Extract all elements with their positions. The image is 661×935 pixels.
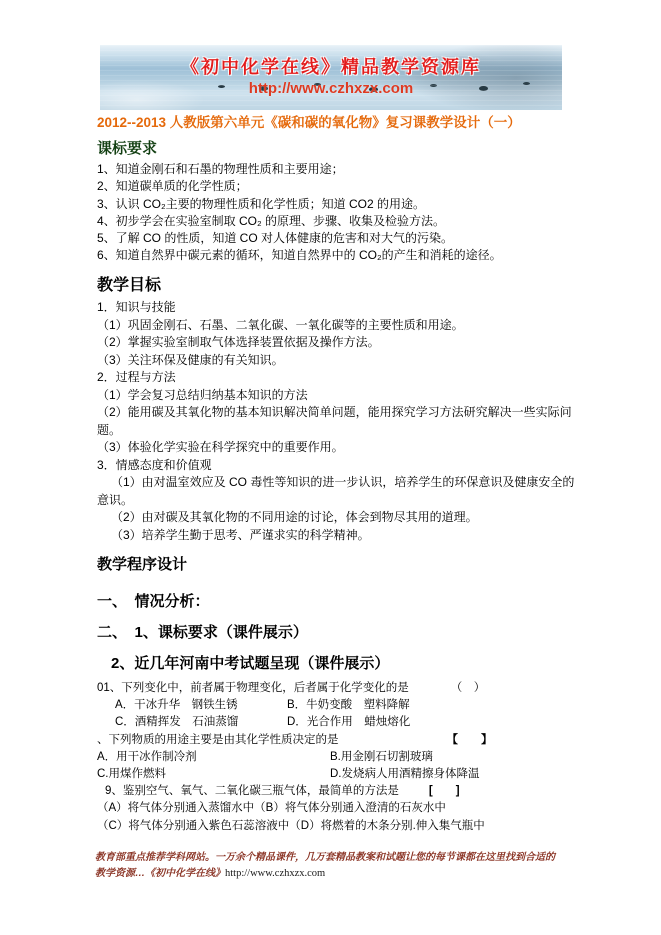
footer-site-url: http://www.czhxzx.com bbox=[225, 868, 325, 879]
question-1-text: 01、下列变化中，前者属于物理变化，后者属于化学变化的是 bbox=[97, 682, 409, 694]
objective-line: 3．情感态度和价值观 bbox=[97, 457, 575, 475]
objective-line: （1）巩固金刚石、石墨、二氧化碳、一氧化碳等的主要性质和用途。 bbox=[97, 317, 575, 335]
question-2-stem: 、下列物质的用途主要是由其化学性质决定的是【 】 bbox=[97, 732, 575, 749]
objective-line: （1）由对温室效应及 CO 毒性等知识的进一步认识，培养学生的环保意识及健康安全… bbox=[97, 474, 575, 492]
objective-line: （3）关注环保及健康的有关知识。 bbox=[97, 352, 575, 370]
question-1-option-a: A．干冰升华 钢铁生锈 bbox=[115, 697, 287, 714]
curriculum-item-2: 2、知道碳单质的化学性质； bbox=[97, 178, 571, 195]
objective-line: 意识。 bbox=[97, 492, 575, 510]
objective-line: （1）学会复习总结归纳基本知识的方法 bbox=[97, 387, 575, 405]
question-2-option-a: A．用干冰作制冷剂 bbox=[97, 749, 330, 766]
objective-line: （2）能用碳及其氧化物的基本知识解决简单问题，能用探究学习方法研究解决一些实际问 bbox=[97, 404, 575, 422]
objective-line: 2．过程与方法 bbox=[97, 369, 575, 387]
question-2-option-c: C.用煤作燃料 bbox=[97, 766, 330, 783]
question-1-stem: 01、下列变化中，前者属于物理变化，后者属于化学变化的是（ ） bbox=[97, 680, 575, 697]
banner-site-name: 《初中化学在线》精品教学资源库 bbox=[100, 53, 562, 79]
question-9-text: 9、鉴别空气、氧气、二氧化碳三瓶气体，最简单的方法是 bbox=[105, 785, 399, 797]
curriculum-item-1: 1、知道金刚石和石墨的物理性质和主要用途； bbox=[97, 161, 571, 178]
curriculum-item-5: 5、了解 CO 的性质，知道 CO 对人体健康的危害和对大气的污染。 bbox=[97, 230, 571, 247]
footer-line-1: 教育部重点推荐学科网站。一万余个精品课件，几万套精品教案和试题让您的每节课都在这… bbox=[95, 850, 575, 866]
footer-line-2: 教学资源…《初中化学在线》http://www.czhxzx.com bbox=[95, 866, 575, 882]
question-9-options-cd: （C）将气体分别通入紫色石蕊溶液中（D）将燃着的木条分别.伸入集气瓶中 bbox=[97, 818, 575, 835]
procedure-item-exam-questions-slide: 2、近几年河南中考试题呈现（课件展示） bbox=[111, 652, 389, 673]
question-2-option-d: D.发烧病人用酒精擦身体降温 bbox=[330, 768, 480, 780]
question-1-option-b: B．牛奶变酸 塑料降解 bbox=[287, 699, 410, 711]
question-1-option-d: D．光合作用 蜡烛熔化 bbox=[287, 716, 410, 728]
curriculum-item-6: 6、知道自然界中碳元素的循环，知道自然界中的 CO₂的产生和消耗的途径。 bbox=[97, 247, 571, 264]
objective-line: （3）培养学生勤于思考、严谨求实的科学精神。 bbox=[97, 527, 575, 545]
objective-line: （2）掌握实验室制取气体选择装置依据及操作方法。 bbox=[97, 334, 575, 352]
question-1-option-c: C．酒精挥发 石油蒸馏 bbox=[115, 714, 287, 731]
banner-site-url: http://www.czhxzx.com bbox=[100, 80, 562, 97]
question-9-options-ab: （A）将气体分别通入蒸馏水中（B）将气体分别通入澄清的石灰水中 bbox=[97, 800, 575, 817]
question-2-options-cd: C.用煤作燃料D.发烧病人用酒精擦身体降温 bbox=[97, 766, 575, 783]
section-heading-teaching-objectives: 教学目标 bbox=[97, 272, 161, 295]
section-heading-teaching-procedure: 教学程序设计 bbox=[97, 553, 187, 574]
document-title: 2012--2013 人教版第六单元《碳和碳的氧化物》复习课教学设计（一） bbox=[97, 111, 569, 131]
question-9-answer-bracket: [ ] bbox=[429, 785, 460, 797]
procedure-item-situation-analysis: 一、 情况分析： bbox=[97, 590, 210, 611]
footer-note: 教育部重点推荐学科网站。一万余个精品课件，几万套精品教案和试题让您的每节课都在这… bbox=[95, 850, 575, 881]
footer-site-name: 教学资源…《初中化学在线》 bbox=[95, 868, 225, 879]
objective-line: 题。 bbox=[97, 422, 575, 440]
curriculum-standards-list: 1、知道金刚石和石墨的物理性质和主要用途； 2、知道碳单质的化学性质； 3、认识… bbox=[97, 161, 571, 265]
objective-line: 1．知识与技能 bbox=[97, 299, 575, 317]
procedure-item-standards-slide: 二、 1、课标要求（课件展示） bbox=[97, 621, 308, 642]
question-2-answer-bracket: 【 】 bbox=[447, 734, 493, 746]
question-1-options-cd: C．酒精挥发 石油蒸馏D．光合作用 蜡烛熔化 bbox=[97, 714, 575, 731]
section-heading-curriculum-standards: 课标要求 bbox=[97, 137, 157, 158]
document-page: 《初中化学在线》精品教学资源库 http://www.czhxzx.com 20… bbox=[0, 0, 661, 935]
question-1-options-ab: A．干冰升华 钢铁生锈B．牛奶变酸 塑料降解 bbox=[97, 697, 575, 714]
curriculum-item-4: 4、初步学会在实验室制取 CO₂ 的原理、步骤、收集及检验方法。 bbox=[97, 213, 571, 230]
question-1-answer-bracket: （ ） bbox=[451, 682, 486, 694]
question-2-option-b: B.用金刚石切割玻璃 bbox=[330, 751, 433, 763]
objective-line: （2）由对碳及其氧化物的不同用途的讨论，体会到物尽其用的道理。 bbox=[97, 509, 575, 527]
question-2-options-ab: A．用干冰作制冷剂B.用金刚石切割玻璃 bbox=[97, 749, 575, 766]
exam-questions-block: 01、下列变化中，前者属于物理变化，后者属于化学变化的是（ ） A．干冰升华 钢… bbox=[97, 680, 575, 835]
teaching-objectives-list: 1．知识与技能 （1）巩固金刚石、石墨、二氧化碳、一氧化碳等的主要性质和用途。 … bbox=[97, 299, 575, 544]
site-banner-image: 《初中化学在线》精品教学资源库 http://www.czhxzx.com bbox=[100, 45, 562, 110]
objective-line: （3）体验化学实验在科学探究中的重要作用。 bbox=[97, 439, 575, 457]
curriculum-item-3: 3、认识 CO₂主要的物理性质和化学性质；知道 CO2 的用途。 bbox=[97, 196, 571, 213]
question-9-stem: 9、鉴别空气、氧气、二氧化碳三瓶气体，最简单的方法是[ ] bbox=[97, 783, 575, 800]
question-2-text: 、下列物质的用途主要是由其化学性质决定的是 bbox=[97, 734, 339, 746]
